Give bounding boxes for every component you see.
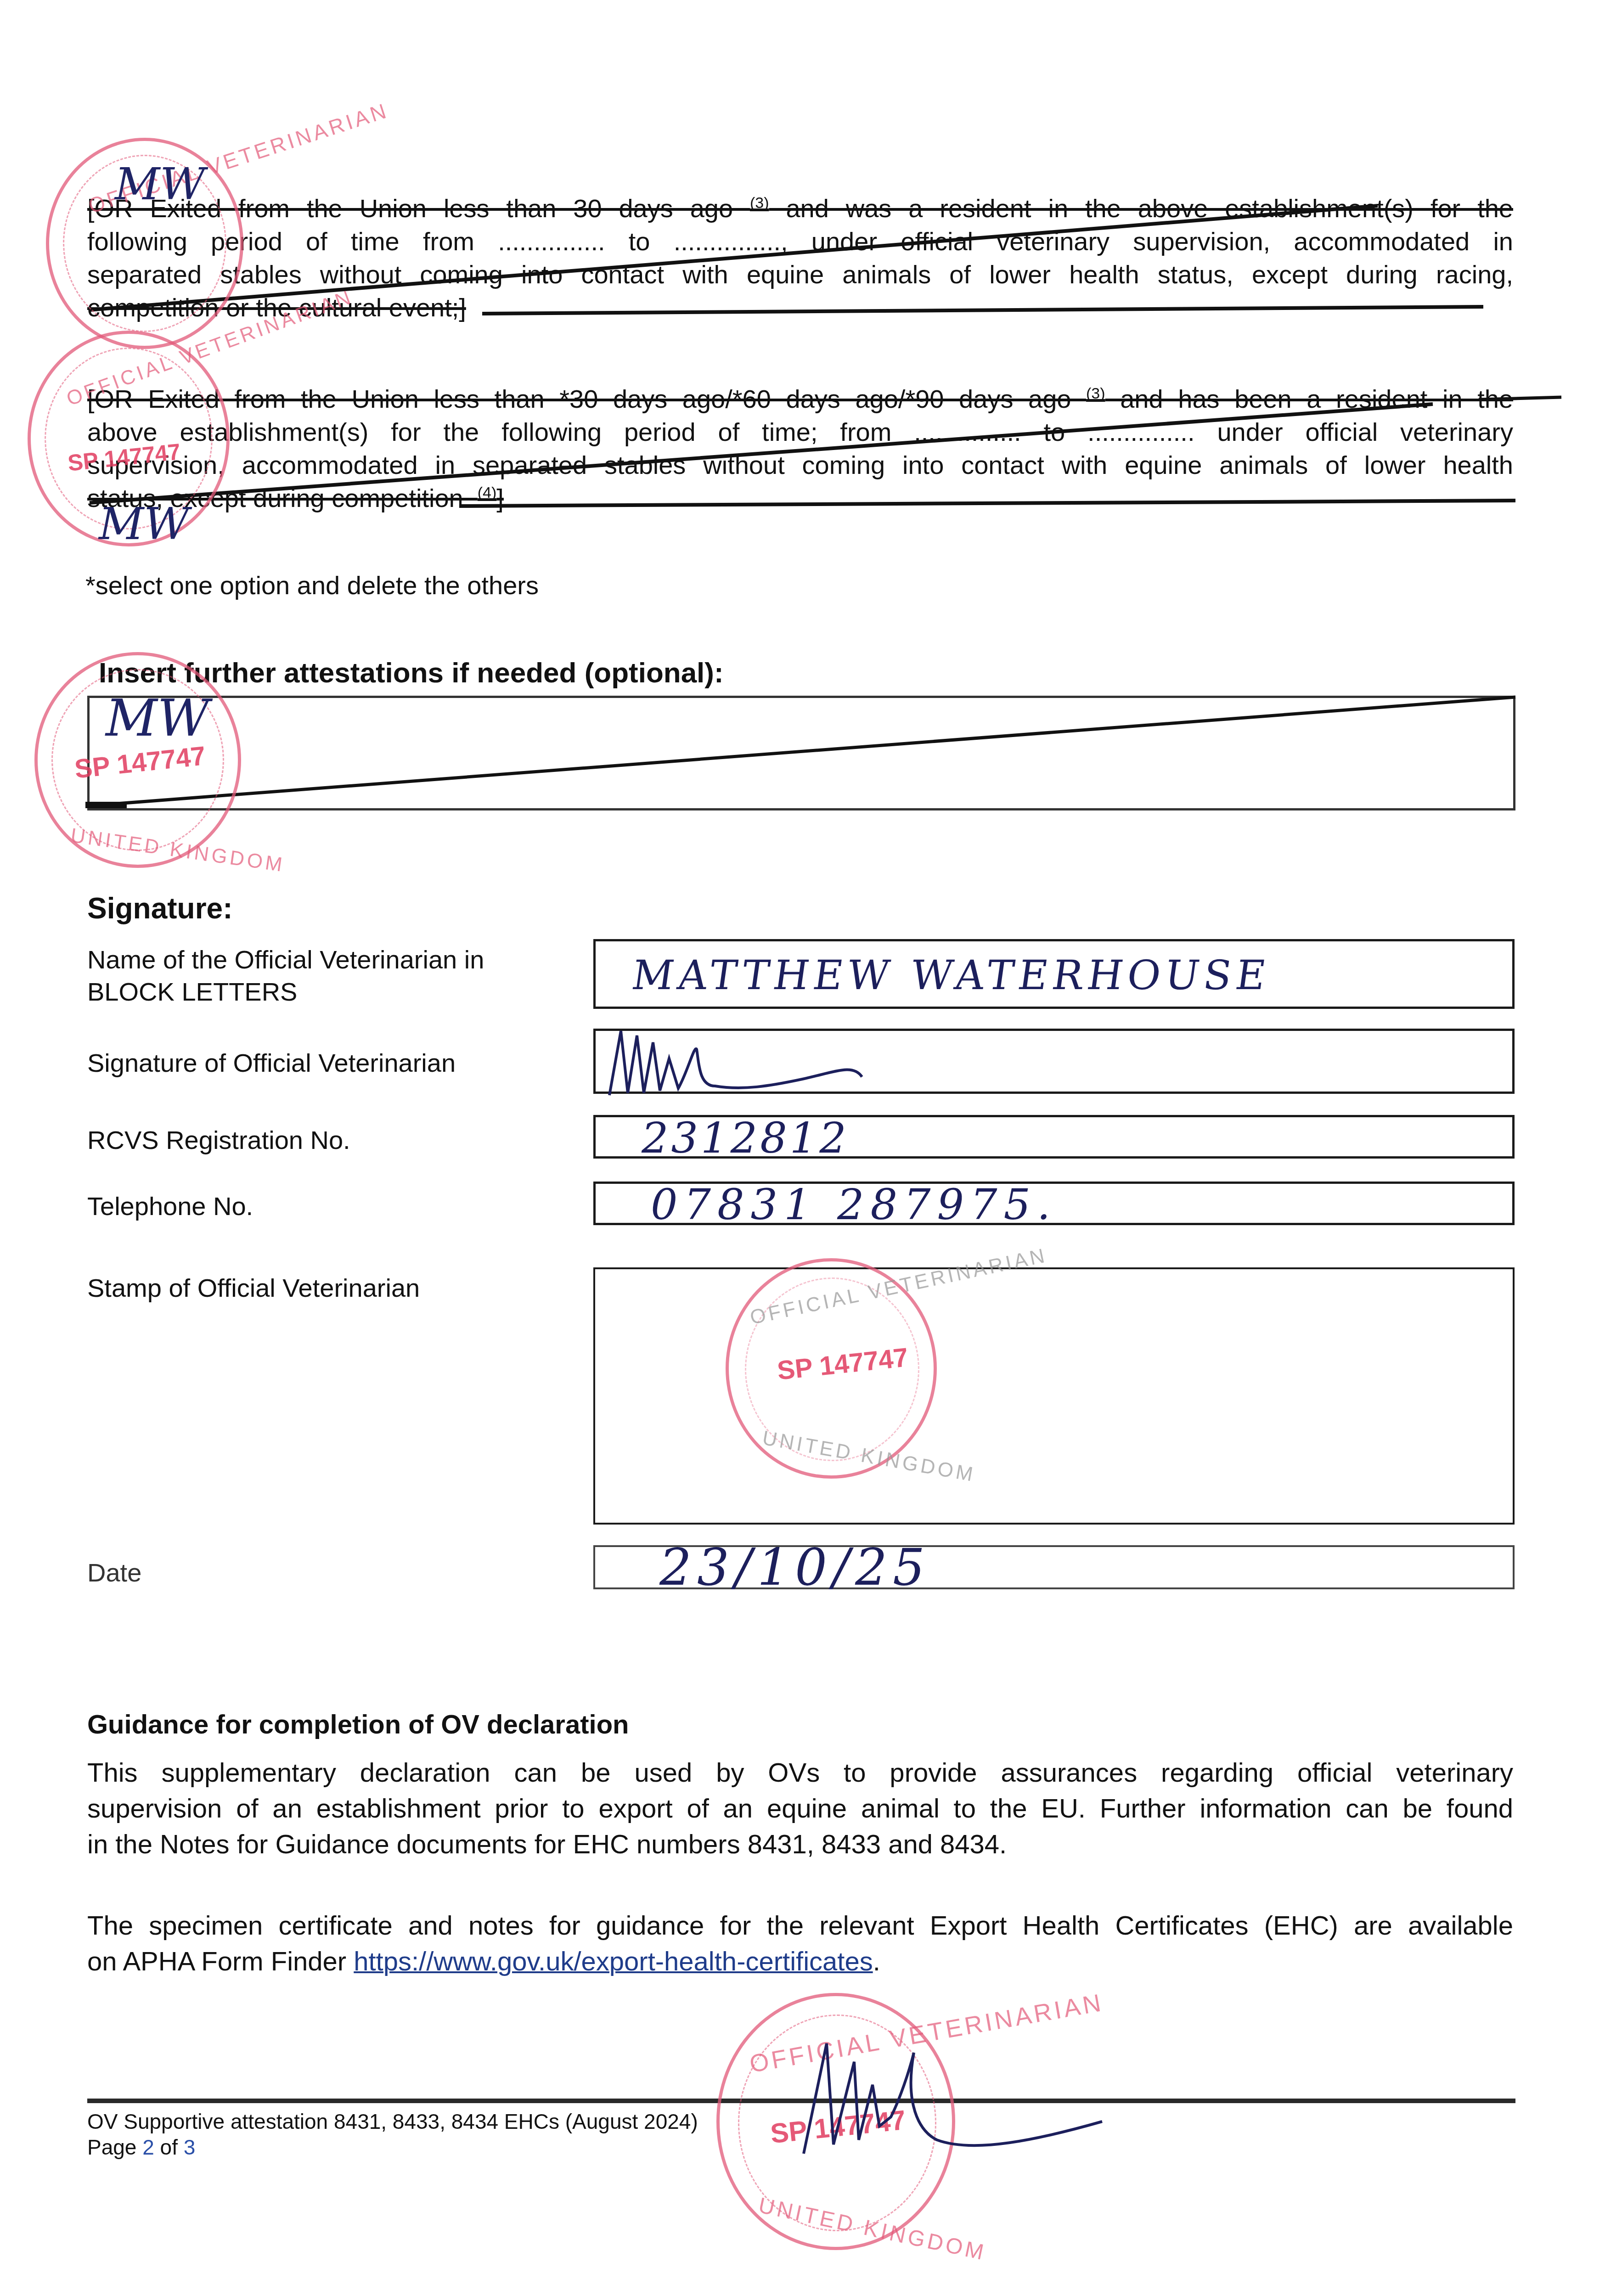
date-value: 23/10/25: [659, 1538, 930, 1597]
telephone-field[interactable]: 07831 287975.: [593, 1182, 1515, 1225]
initials-mw-1: MW: [115, 158, 205, 210]
select-option-note: *select one option and delete the others: [85, 569, 539, 602]
guidance-heading: Guidance for completion of OV declaratio…: [87, 1708, 629, 1741]
signature-heading: Signature:: [87, 891, 232, 926]
footer-title: OV Supportive attestation 8431, 8433, 84…: [87, 2109, 698, 2134]
rcvs-value: 2312812: [642, 1114, 849, 1163]
initials-mw-2: MW: [99, 498, 189, 550]
signature-label: Signature of Official Veterinarian: [87, 1047, 456, 1079]
export-health-certificates-link[interactable]: https://www.gov.uk/export-health-certifi…: [354, 1947, 873, 1976]
page-current: 2: [142, 2135, 154, 2159]
name-label: Name of the Official Veterinarian in BLO…: [87, 944, 484, 1008]
telephone-value: 07831 287975.: [651, 1180, 1057, 1229]
rcvs-field[interactable]: 2312812: [593, 1115, 1515, 1159]
attestations-strike-line: [0, 680, 1622, 827]
date-field[interactable]: 23/10/25: [593, 1545, 1515, 1589]
guidance-paragraph-1: This supplementary declaration can be us…: [87, 1755, 1513, 1863]
guidance-paragraph-2: The specimen certificate and notes for g…: [87, 1908, 1513, 1980]
official-stamp-3: SP 147747 UNITED KINGDOM: [34, 652, 241, 868]
date-label: Date: [87, 1557, 141, 1589]
rcvs-label: RCVS Registration No.: [87, 1124, 350, 1156]
stamp-label: Stamp of Official Veterinarian: [87, 1272, 420, 1304]
footer-signature-scribble: [781, 2034, 1240, 2172]
page-total: 3: [184, 2135, 196, 2159]
telephone-label: Telephone No.: [87, 1190, 253, 1222]
name-value: MATTHEW WATERHOUSE: [629, 951, 1273, 999]
signature-field[interactable]: Mwl~: [593, 1029, 1515, 1094]
name-field[interactable]: MATTHEW WATERHOUSE: [593, 939, 1515, 1009]
official-stamp-4: OFFICIAL VETERINARIAN SP 147747 UNITED K…: [726, 1258, 937, 1479]
initials-mw-3: MW: [106, 689, 209, 748]
page-indicator: Page 2 of 3: [87, 2134, 195, 2160]
deletion-strokes-2: [0, 0, 1622, 551]
signature-scribble: [596, 1017, 1239, 1100]
